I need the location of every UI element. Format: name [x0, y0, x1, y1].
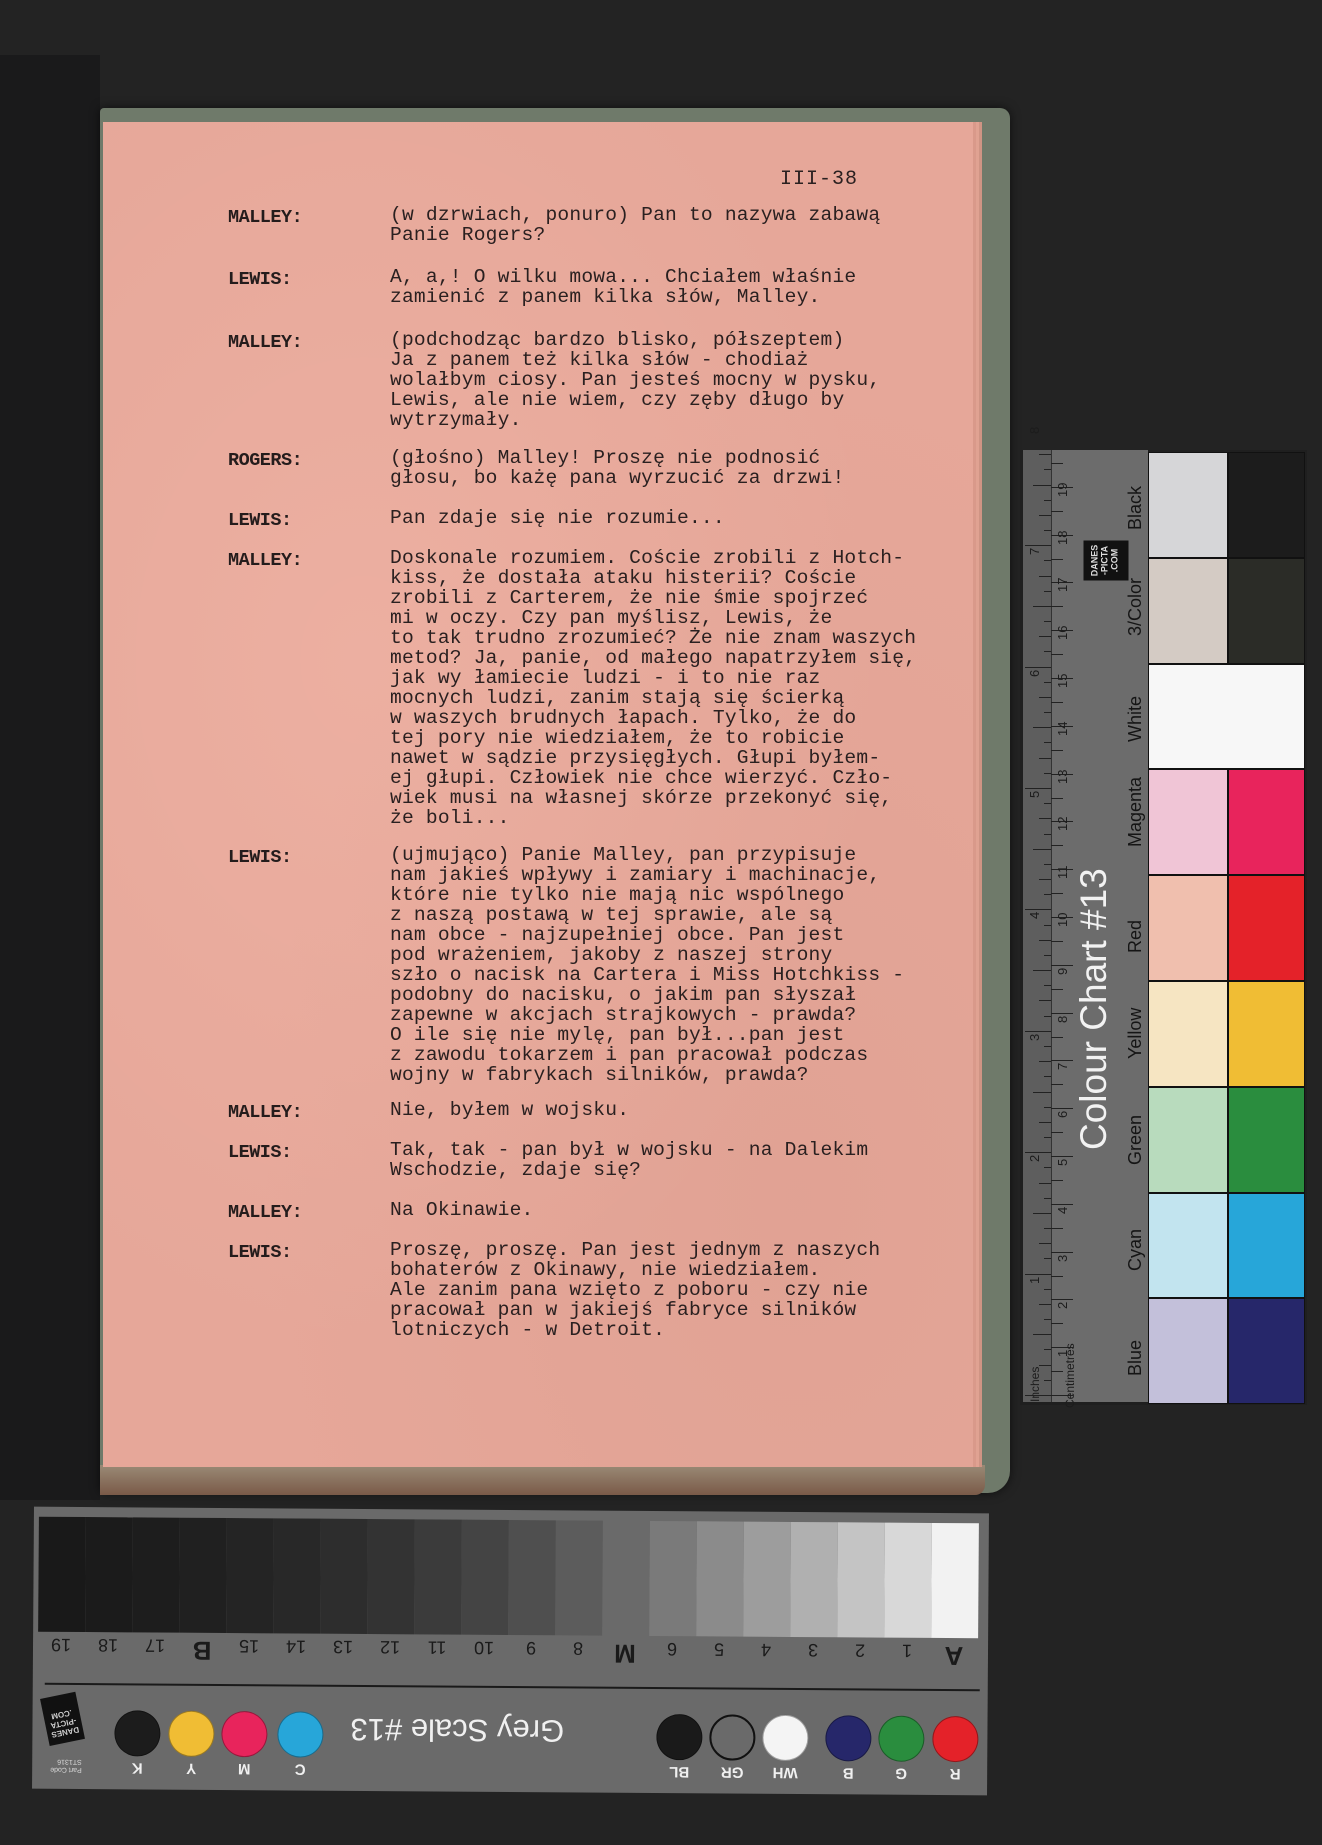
inch-tick	[1044, 864, 1051, 865]
speaker-label: MALLEY:	[228, 1102, 302, 1123]
inch-tick-label: 7	[1027, 548, 1042, 555]
dialogue-line: wolałbym ciosy. Pan jesteś mocny w pysku…	[390, 370, 880, 390]
colour-dot-label: B	[825, 1764, 871, 1781]
cm-tick	[1051, 1204, 1073, 1205]
dialogue-line: bohaterów z Okinawy, nie wiedziałem.	[390, 1260, 880, 1280]
colour-chip-dark	[1228, 452, 1305, 558]
dialogue-line: Lewis, ale nie wiem, czy zęby długo by	[390, 390, 880, 410]
colour-dot-label: GR	[709, 1763, 755, 1780]
colour-chip-dark	[1228, 1298, 1305, 1404]
inch-tick	[1025, 1031, 1051, 1032]
colour-dot-b	[825, 1715, 871, 1761]
grey-patch	[884, 1523, 932, 1638]
inch-tick-label: 4	[1027, 912, 1042, 919]
grey-patch-label: 18	[88, 1634, 128, 1655]
colour-dot-label: M	[221, 1760, 267, 1777]
colour-dot-label: R	[932, 1765, 978, 1782]
speaker-label: MALLEY:	[228, 207, 302, 228]
colour-chip-dark	[1228, 1087, 1305, 1193]
inch-tick	[1039, 818, 1051, 819]
speaker-label: LEWIS:	[228, 510, 292, 531]
dialogue-line: metod? Ja, panie, od małego napatrzyłem …	[390, 648, 916, 668]
dialogue-line: (w dzrwiach, ponuro) Pan to nazywa zabaw…	[390, 205, 880, 225]
grey-patch	[837, 1522, 885, 1637]
dialogue-text: Pan zdaje się nie rozumie...	[390, 508, 725, 528]
cm-tick	[1051, 1228, 1063, 1229]
inch-tick	[1033, 970, 1051, 971]
dialogue-line: Pan zdaje się nie rozumie...	[390, 508, 725, 528]
inch-tick	[1044, 469, 1051, 470]
inch-tick	[1033, 1334, 1051, 1335]
colour-dot-label: WH	[762, 1764, 808, 1781]
inch-tick	[1039, 576, 1051, 577]
dialogue-line: O ile się nie mylę, pan był...pan jest	[390, 1025, 904, 1045]
inch-tick	[1039, 1000, 1051, 1001]
cm-tick-label: 3	[1055, 1254, 1070, 1261]
cm-tick	[1051, 1276, 1063, 1277]
grey-patch-label: 9	[511, 1637, 551, 1658]
cm-tick	[1051, 463, 1063, 464]
speaker-label: LEWIS:	[228, 847, 292, 868]
inch-tick	[1039, 697, 1051, 698]
grey-patch	[179, 1518, 227, 1633]
dialogue-line: Ja z panem też kilka słów - chodiaż	[390, 350, 880, 370]
grey-patch-label: 6	[652, 1638, 692, 1659]
colour-dot-y	[168, 1711, 214, 1757]
grey-patch	[602, 1521, 650, 1636]
cm-tick	[1051, 559, 1063, 560]
dialogue-line: (ujmująco) Panie Malley, pan przypisuje	[390, 845, 904, 865]
cm-tick	[1051, 1299, 1073, 1300]
dialogue-line: mocnych ludzi, zanim stają się ścierką	[390, 688, 916, 708]
grey-scale-title: Grey Scale #13	[350, 1711, 564, 1748]
colour-chip-light	[1148, 1087, 1228, 1193]
inch-tick	[1033, 727, 1051, 728]
cm-tick	[1051, 989, 1063, 990]
dialogue-line: tej pory nie wiedziałem, że to robicie	[390, 728, 916, 748]
dialogue-line: Na Okinawie.	[390, 1200, 534, 1220]
inch-tick	[1044, 1016, 1051, 1017]
inch-tick	[1025, 545, 1051, 546]
inch-tick-label: 5	[1027, 791, 1042, 798]
grey-patch-label: 14	[276, 1635, 316, 1656]
chip-label: Blue	[1125, 1340, 1146, 1376]
chip-label: Green	[1125, 1115, 1146, 1165]
inch-tick	[1039, 636, 1051, 637]
grey-patch	[273, 1518, 321, 1633]
inch-tick	[1044, 742, 1051, 743]
black-fold-strip	[0, 55, 100, 1500]
colour-dot-k	[114, 1710, 160, 1756]
cm-tick	[1051, 1060, 1073, 1061]
dialogue-line: A, a,! O wilku mowa... Chciałem właśnie	[390, 267, 856, 287]
chip-label: 3/Color	[1125, 578, 1146, 636]
colour-dot-label: C	[277, 1760, 323, 1777]
cm-tick-label: 16	[1055, 626, 1070, 640]
chip-label: Yellow	[1125, 1008, 1146, 1059]
colour-chip-light	[1148, 558, 1228, 664]
inch-tick	[1044, 1076, 1051, 1077]
inch-tick	[1039, 1365, 1051, 1366]
inch-tick	[1044, 1289, 1051, 1290]
dialogue-line: głosu, bo każę pana wyrzucić za drzwi!	[390, 468, 844, 488]
grey-patch-label: 4	[746, 1639, 786, 1660]
dialogue-line: Nie, byłem w wojsku.	[390, 1100, 629, 1120]
speaker-label: MALLEY:	[228, 550, 302, 571]
cm-tick-label: 18	[1055, 530, 1070, 544]
colour-dot-label: BL	[656, 1763, 702, 1780]
grey-patch	[367, 1519, 415, 1634]
grey-patch-label: 19	[41, 1634, 81, 1655]
dialogue-line: Tak, tak - pan był w wojsku - na Dalekim	[390, 1140, 868, 1160]
grey-patch-label: 1	[887, 1640, 927, 1661]
inch-tick	[1033, 849, 1051, 850]
inch-tick	[1039, 515, 1051, 516]
part-code: Part Code ST1316	[50, 1757, 82, 1773]
inch-tick	[1044, 621, 1051, 622]
grey-patch-label: M	[605, 1638, 645, 1669]
cm-tick	[1051, 1108, 1073, 1109]
cm-tick	[1051, 1013, 1073, 1014]
inch-tick	[1044, 1258, 1051, 1259]
cm-tick-label: 17	[1055, 578, 1070, 592]
colour-chip-light	[1148, 981, 1228, 1087]
inch-tick	[1033, 1213, 1051, 1214]
inch-tick	[1044, 1137, 1051, 1138]
inch-tick	[1039, 940, 1051, 941]
dialogue-line: zapewne w akcjach strajkowych - prawda?	[390, 1005, 904, 1025]
inch-tick	[1033, 606, 1051, 607]
dialogue-line: to tak trudno zrozumieć? Że nie znam was…	[390, 628, 916, 648]
cm-tick	[1051, 965, 1073, 966]
cm-tick	[1051, 654, 1063, 655]
speaker-label: MALLEY:	[228, 1202, 302, 1223]
inch-tick	[1025, 788, 1051, 789]
inch-tick-label: 3	[1027, 1034, 1042, 1041]
dialogue-line: wojny w fabrykach silników, prawda?	[390, 1065, 904, 1085]
cm-tick-label: 10	[1055, 913, 1070, 927]
grey-patch-label: 2	[840, 1639, 880, 1660]
cm-tick	[1051, 702, 1063, 703]
speaker-label: LEWIS:	[228, 269, 292, 290]
grey-patch-label: 15	[229, 1635, 269, 1656]
inch-tick	[1044, 1228, 1051, 1229]
cm-tick-label: 13	[1055, 769, 1070, 783]
grey-patch	[790, 1522, 838, 1637]
inch-tick	[1044, 682, 1051, 683]
dialogue-line: wytrzymały.	[390, 410, 880, 430]
cm-tick	[1051, 1323, 1063, 1324]
inch-tick	[1044, 834, 1051, 835]
colour-chip-white	[1148, 664, 1305, 770]
colour-dot-label: G	[878, 1765, 924, 1782]
cm-tick	[1051, 798, 1063, 799]
cm-tick	[1051, 1132, 1063, 1133]
dialogue-line: które nie tylko nie mają nic wspólnego	[390, 885, 904, 905]
cm-tick	[1051, 845, 1063, 846]
dialogue-line: (podchodząc bardzo blisko, półszeptem)	[390, 330, 880, 350]
dialogue-line: zrobili z Carterem, że nie śmie spojrzeć	[390, 588, 916, 608]
dialogue-line: szło o nacisk na Cartera i Miss Hotchkis…	[390, 965, 904, 985]
chip-label: Cyan	[1125, 1228, 1146, 1270]
cm-tick-label: 19	[1055, 482, 1070, 496]
inch-tick	[1033, 485, 1051, 486]
cm-tick	[1051, 1180, 1063, 1181]
inch-tick	[1044, 1167, 1051, 1168]
grey-patch	[461, 1520, 509, 1635]
grey-patch-label: 8	[558, 1637, 598, 1658]
dialogue-text: Doskonale rozumiem. Coście zrobili z Hot…	[390, 548, 916, 828]
inch-tick	[1039, 1122, 1051, 1123]
cm-tick	[1051, 606, 1063, 607]
inch-tick	[1044, 651, 1051, 652]
dialogue-text: Nie, byłem w wojsku.	[390, 1100, 629, 1120]
danes-picta-logo: DANES -PICTA .COM	[1084, 541, 1129, 581]
inch-tick	[1039, 758, 1051, 759]
cm-tick	[1051, 750, 1063, 751]
grey-patch	[320, 1519, 368, 1634]
dialogue-line: podobny do nacisku, o jakim pan słyszał	[390, 985, 904, 1005]
dialogue-line: ej głupi. Człowiek nie chce wierzyć. Czł…	[390, 768, 916, 788]
cm-tick-label: 15	[1055, 674, 1070, 688]
chip-label: Magenta	[1125, 777, 1146, 847]
colour-chip-light	[1148, 875, 1228, 981]
dialogue-line: Panie Rogers?	[390, 225, 880, 245]
cm-tick	[1051, 1252, 1073, 1253]
colour-dot-gr	[709, 1714, 755, 1760]
grey-patch	[649, 1521, 697, 1636]
dialogue-line: Wschodzie, zdaje się?	[390, 1160, 868, 1180]
measuring-ruler: 1234567891011121314151617181912345678 In…	[1023, 450, 1148, 1402]
grey-scale-card: A123456M89101112131415B171819 Grey Scale…	[32, 1507, 989, 1796]
inch-tick	[1044, 530, 1051, 531]
inch-tick-label: 1	[1027, 1276, 1042, 1283]
colour-chip-light	[1148, 1298, 1228, 1404]
dialogue-line: nam obce - najzupełniej obce. Pan jest	[390, 925, 904, 945]
cm-tick	[1051, 1037, 1063, 1038]
dialogue-line: nam jakieś wpływy i zamiary i machinacje…	[390, 865, 904, 885]
cm-tick-label: 7	[1055, 1063, 1070, 1070]
inch-tick-label: 2	[1027, 1155, 1042, 1162]
grey-patch	[743, 1522, 791, 1637]
cm-tick-label: 11	[1055, 866, 1070, 880]
colour-dot-g	[878, 1716, 924, 1762]
inch-tick	[1039, 1183, 1051, 1184]
grey-patch-label: 12	[370, 1636, 410, 1657]
colour-dot-bl	[656, 1714, 702, 1760]
grey-patch-label: A	[934, 1640, 974, 1671]
dialogue-text: Na Okinawie.	[390, 1200, 534, 1220]
colour-dot-wh	[762, 1715, 808, 1761]
cm-tick	[1051, 893, 1063, 894]
colour-dot-label: K	[114, 1759, 160, 1776]
cm-tick-label: 12	[1055, 817, 1070, 831]
dialogue-text: (ujmująco) Panie Malley, pan przypisujen…	[390, 845, 904, 1085]
inch-tick	[1044, 1380, 1051, 1381]
cm-tick	[1051, 1084, 1063, 1085]
speaker-label: ROGERS:	[228, 450, 302, 471]
colour-chip-dark	[1228, 1193, 1305, 1299]
speaker-label: MALLEY:	[228, 332, 302, 353]
grey-patch	[931, 1523, 979, 1638]
inch-tick	[1044, 591, 1051, 592]
grey-patch-label: 11	[417, 1636, 457, 1657]
dialogue-line: zamienić z panem kilka słów, Malley.	[390, 287, 856, 307]
inch-tick	[1044, 1319, 1051, 1320]
dialogue-text: (podchodząc bardzo blisko, półszeptem)Ja…	[390, 330, 880, 430]
cm-tick-label: 6	[1055, 1111, 1070, 1118]
grey-patch-label: B	[182, 1635, 222, 1666]
colour-dot-m	[221, 1711, 267, 1757]
dialogue-line: kiss, że dostała ataku histerii? Coście	[390, 568, 916, 588]
cm-tick-label: 2	[1055, 1302, 1070, 1309]
dialogue-text: (w dzrwiach, ponuro) Pan to nazywa zabaw…	[390, 205, 880, 245]
grey-patch	[508, 1520, 556, 1635]
dialogue-line: z zawodu tokarzem i pan pracował podczas	[390, 1045, 904, 1065]
colour-chip-dark	[1228, 769, 1305, 875]
inch-tick	[1033, 1092, 1051, 1093]
inch-tick	[1039, 879, 1051, 880]
chip-label: Black	[1125, 486, 1146, 530]
grey-patch	[226, 1518, 274, 1633]
inch-tick	[1044, 894, 1051, 895]
grey-scale-rule	[45, 1683, 980, 1692]
inch-tick	[1044, 925, 1051, 926]
grey-patch	[132, 1517, 180, 1632]
colour-dot-c	[277, 1711, 323, 1757]
danes-picta-logo: DANES -PICTA .COM	[40, 1692, 85, 1746]
dialogue-line: pod wrażeniem, jakoby z naszej strony	[390, 945, 904, 965]
colour-chart-title: Colour Chart #13	[1073, 868, 1115, 1150]
dialogue-text: A, a,! O wilku mowa... Chciałem właśniez…	[390, 267, 856, 307]
colour-chart: 1234567891011121314151617181912345678 In…	[1020, 450, 1307, 1405]
dialogue-line: mi w oczy. Czy pan myślisz, Lewis, że	[390, 608, 916, 628]
dialogue-line: nawet w sądzie przysięgłych. Głupi byłem…	[390, 748, 916, 768]
cm-tick	[1051, 941, 1063, 942]
colour-chip-light	[1148, 769, 1228, 875]
inch-tick	[1044, 985, 1051, 986]
dialogue-text: (głośno) Malley! Proszę nie podnosićgłos…	[390, 448, 844, 488]
dialogue-line: jak wy łamiecie ludzi - i to nie raz	[390, 668, 916, 688]
inch-tick	[1044, 1349, 1051, 1350]
dialogue-line: lotniczych - w Detroit.	[390, 1320, 880, 1340]
grey-patch-label: 3	[793, 1639, 833, 1660]
dialogue-line: pracował pan w jakiejś fabryce silników	[390, 1300, 880, 1320]
dialogue-text: Proszę, proszę. Pan jest jednym z naszyc…	[390, 1240, 880, 1340]
dialogue-line: wiek musi na własnej skórze przekonyć si…	[390, 788, 916, 808]
grey-patch	[555, 1520, 603, 1635]
inch-tick	[1039, 1243, 1051, 1244]
grey-patch-label: 10	[464, 1637, 504, 1658]
cm-tick-label: 8	[1055, 1015, 1070, 1022]
cm-tick-label: 14	[1055, 721, 1070, 735]
inch-tick	[1044, 773, 1051, 774]
cm-tick	[1051, 1371, 1063, 1372]
colour-chip-light	[1148, 452, 1228, 558]
chip-label: Red	[1125, 920, 1146, 953]
inch-tick	[1025, 1274, 1051, 1275]
chip-label: White	[1125, 695, 1146, 741]
inches-label: Inches	[1028, 1367, 1042, 1402]
grey-patch	[414, 1519, 462, 1634]
colour-chip-dark	[1228, 981, 1305, 1087]
speaker-label: LEWIS:	[228, 1242, 292, 1263]
page-number: III-38	[780, 168, 858, 191]
grey-patch-label: 5	[699, 1638, 739, 1659]
inch-tick	[1044, 803, 1051, 804]
speaker-label: LEWIS:	[228, 1142, 292, 1163]
inch-tick	[1044, 1107, 1051, 1108]
grey-patch-label: 13	[323, 1636, 363, 1657]
cm-tick-label: 9	[1055, 968, 1070, 975]
inch-tick	[1025, 1152, 1051, 1153]
cm-tick	[1051, 1156, 1073, 1157]
inch-tick	[1044, 560, 1051, 561]
inch-tick	[1039, 1061, 1051, 1062]
colour-dot-r	[932, 1716, 978, 1762]
inch-tick	[1044, 1198, 1051, 1199]
inch-tick	[1044, 1046, 1051, 1047]
inch-tick-label: 8	[1027, 427, 1042, 434]
dialogue-line: (głośno) Malley! Proszę nie podnosić	[390, 448, 844, 468]
grey-patch	[38, 1517, 86, 1632]
cm-tick	[1051, 511, 1063, 512]
cm-tick-label: 5	[1055, 1159, 1070, 1166]
dialogue-line: Proszę, proszę. Pan jest jednym z naszyc…	[390, 1240, 880, 1260]
inch-tick	[1025, 667, 1051, 668]
dialogue-line: Doskonale rozumiem. Coście zrobili z Hot…	[390, 548, 916, 568]
colour-chip-light	[1148, 1193, 1228, 1299]
board-bottom-edge	[100, 1465, 985, 1495]
inch-tick-label: 6	[1027, 669, 1042, 676]
inch-tick	[1039, 1304, 1051, 1305]
inch-tick	[1025, 909, 1051, 910]
dialogue-line: w waszych brudnych łapach. Tylko, że do	[390, 708, 916, 728]
grey-patch	[696, 1521, 744, 1636]
colour-chip-dark	[1228, 875, 1305, 981]
inch-tick	[1044, 500, 1051, 501]
grey-patch	[85, 1517, 133, 1632]
inch-tick	[1044, 712, 1051, 713]
cm-tick-label: 4	[1055, 1207, 1070, 1214]
dialogue-line: Ale zanim pana wzięto z poboru - czy nie	[390, 1280, 880, 1300]
dialogue-text: Tak, tak - pan był w wojsku - na Dalekim…	[390, 1140, 868, 1180]
centimetres-label: Centimetres	[1063, 1343, 1077, 1408]
grey-patch-label: 17	[135, 1634, 175, 1655]
dialogue-line: z naszą postawą w tej sprawie, ale są	[390, 905, 904, 925]
dialogue-line: że boli...	[390, 808, 916, 828]
inch-tick	[1039, 454, 1051, 455]
colour-dot-label: Y	[168, 1760, 214, 1777]
colour-chip-dark	[1228, 558, 1305, 664]
inch-tick	[1044, 955, 1051, 956]
